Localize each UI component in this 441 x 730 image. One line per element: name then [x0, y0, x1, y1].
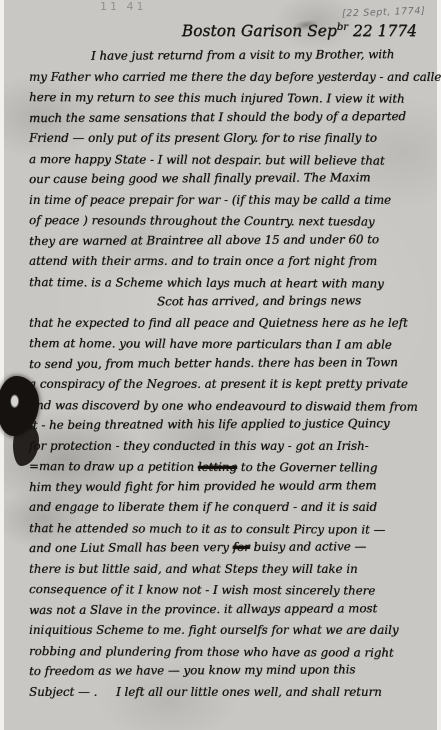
struck-word: for — [233, 540, 250, 554]
manuscript-line: to freedom as we have — you know my mind… — [29, 659, 433, 682]
manuscript-line: Scot has arrived, and brings news — [29, 290, 433, 313]
manuscript-line: it - he being threatned with his life ap… — [29, 413, 433, 436]
manuscript-line: I have just returnd from a visit to my B… — [29, 44, 433, 67]
manuscript-line: to send you, from much better hands. the… — [29, 352, 433, 375]
manuscript-line: much the same sensations that I should t… — [29, 106, 433, 129]
manuscript-line: our cause being good we shall finally pr… — [29, 167, 433, 190]
manuscript-line: iniquitious Scheme to me. fight ourselfs… — [29, 620, 433, 641]
manuscript-line: and one Liut Small has been very for bui… — [29, 536, 433, 559]
line-text: to the Governer telling — [237, 460, 377, 475]
manuscript-line: that he expected to find all peace and Q… — [29, 313, 433, 334]
dateline-superscript: br — [337, 22, 348, 33]
line-text: buisy and active — — [250, 539, 366, 554]
manuscript-line: him they would fight for him provided he… — [29, 475, 433, 498]
letter-body: I have just returnd from a visit to my B… — [4, 44, 437, 702]
dateline-day-year: 22 1774 — [348, 22, 417, 40]
manuscript-line: Friend — only put of its present Glory. … — [29, 128, 433, 149]
manuscript-photo: 11 41 [22 Sept, 1774] Boston Garison Sep… — [0, 0, 441, 730]
line-text: =man to draw up a petition — [29, 459, 198, 474]
manuscript-line: and engage to liberate them if he conque… — [29, 497, 433, 518]
line-text: and one Liut Small has been very — [29, 540, 233, 555]
manuscript-page: 11 41 [22 Sept, 1774] Boston Garison Sep… — [4, 0, 437, 730]
manuscript-line: Subject — . I left all our little ones w… — [29, 682, 433, 703]
struck-word: letting — [198, 460, 237, 474]
manuscript-line: they are warned at Braintree all above 1… — [29, 229, 433, 252]
manuscript-line: was not a Slave in the province. it allw… — [29, 598, 433, 621]
manuscript-line: for protection - they conducted in this … — [29, 436, 433, 457]
pencil-shelf-mark: 11 41 — [100, 0, 147, 13]
dateline: Boston Garison Sepbr 22 1774 — [4, 22, 417, 40]
manuscript-line: in time of peace prepair for war - (if t… — [29, 190, 433, 211]
pencil-date-annotation: [22 Sept, 1774] — [341, 6, 425, 20]
manuscript-line: a conspiracy of the Negroes. at present … — [29, 374, 433, 395]
manuscript-line: there is but little said, and what Steps… — [29, 559, 433, 580]
manuscript-line: attend with their arms. and to train onc… — [29, 251, 433, 272]
manuscript-line: my Father who carried me there the day b… — [29, 67, 433, 88]
